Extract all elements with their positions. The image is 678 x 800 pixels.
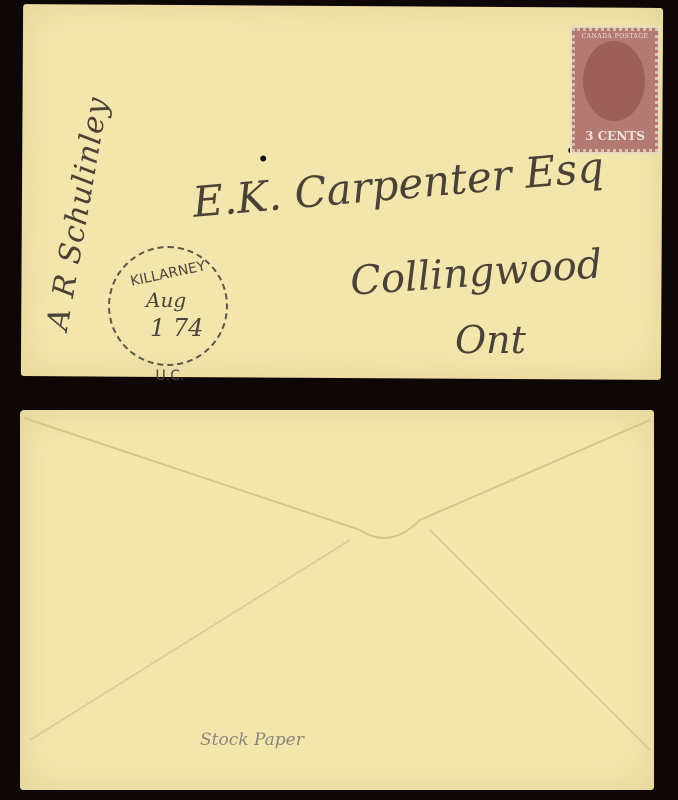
postage-stamp: CANADA POSTAGE 3 CENTS [572, 28, 658, 152]
address-line-3: Ont [455, 318, 526, 362]
stamp-portrait [583, 41, 645, 121]
stamp-value: 3 CENTS [575, 129, 655, 143]
pencil-note: Stock Paper [200, 730, 304, 750]
postmark-month: Aug [146, 288, 186, 312]
postmark-province: U.C. [150, 368, 190, 384]
postmark-date: 1 74 [150, 314, 203, 342]
stamp-country: CANADA POSTAGE [575, 33, 655, 40]
pin-hole [260, 155, 266, 161]
envelope-flap-lines [20, 410, 654, 790]
postmark: KILLARNEY Aug 1 74 U.C. [108, 246, 228, 366]
envelope-back [20, 410, 654, 790]
